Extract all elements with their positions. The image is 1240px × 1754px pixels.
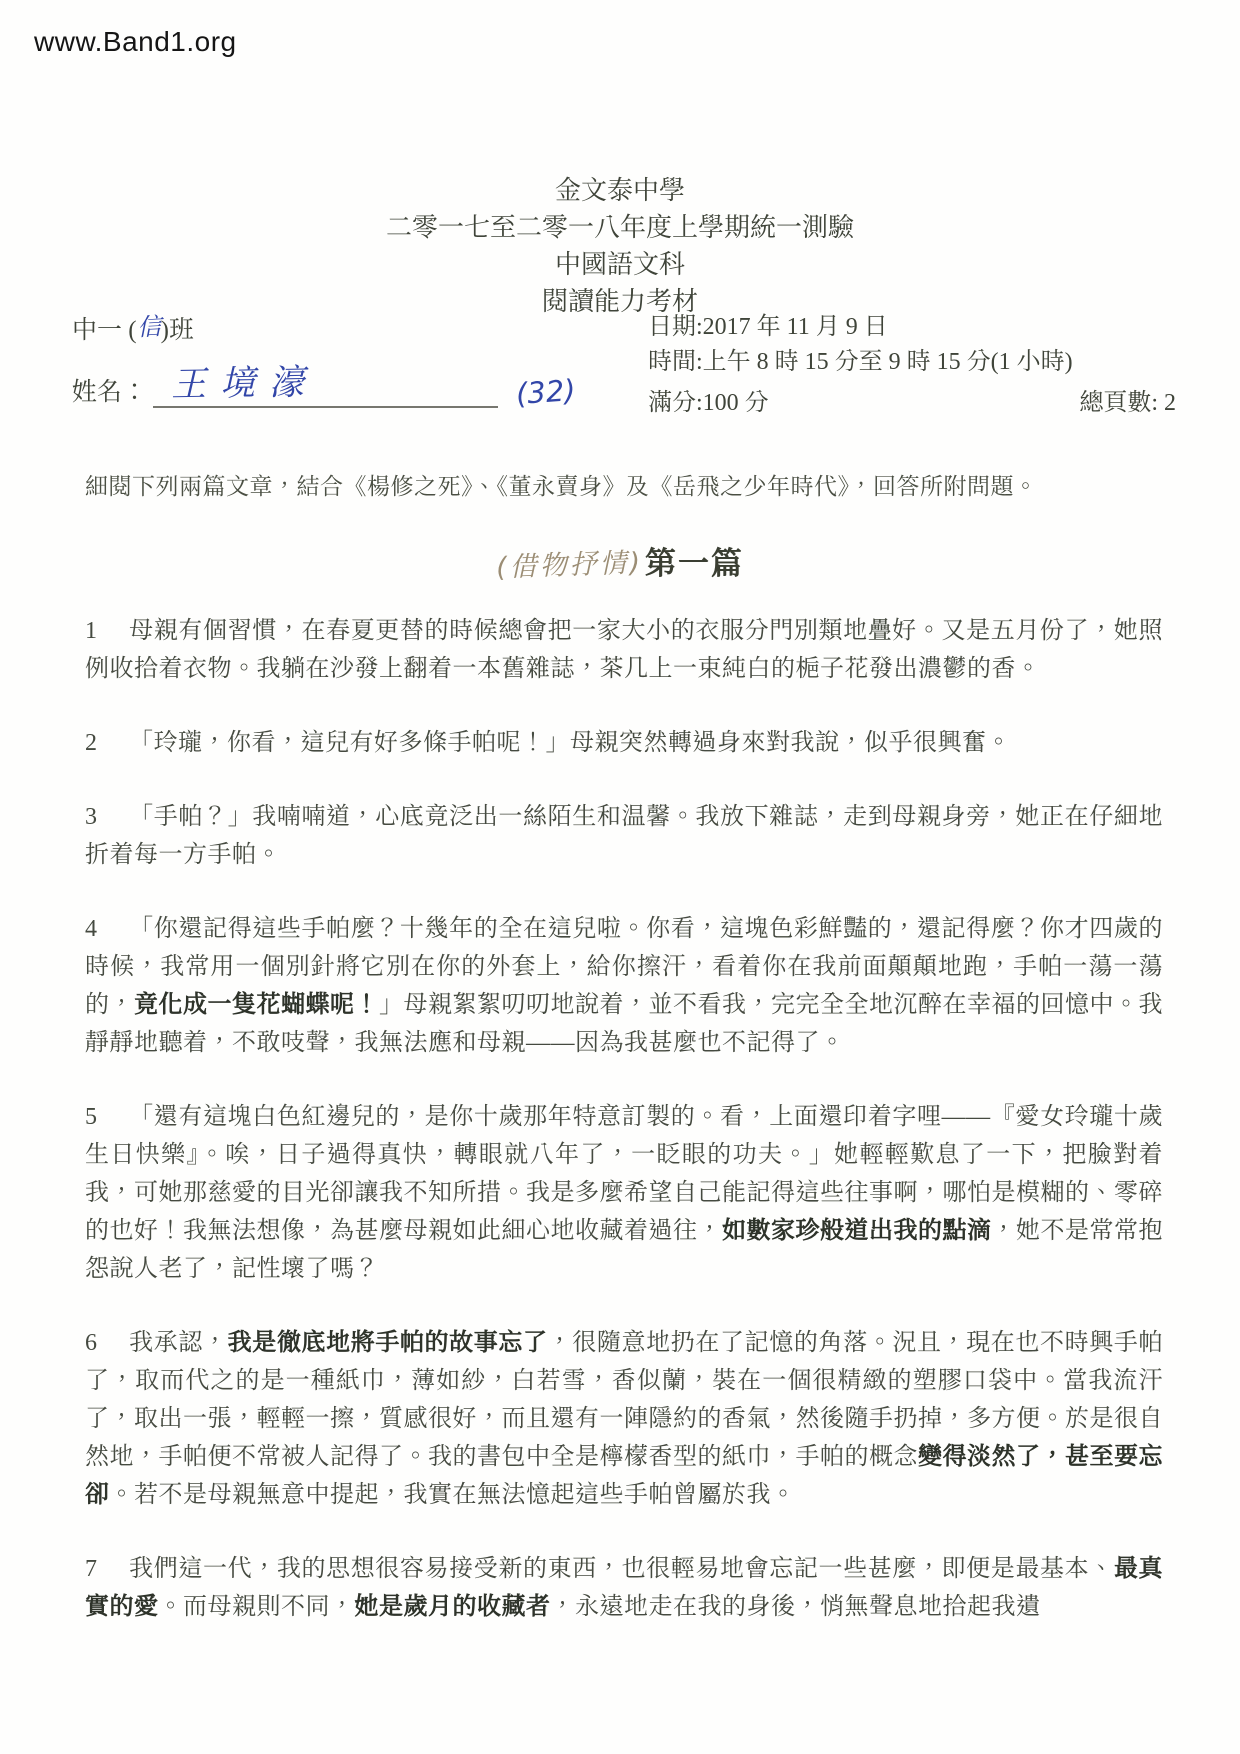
passage-paragraph: 3「手帕？」我喃喃道，心底竟泛出一絲陌生和温馨。我放下雜誌，走到母親身旁，她正在… <box>85 798 1163 874</box>
passage-paragraph: 1母親有個習慣，在春夏更替的時候總會把一家大小的衣服分門別類地疊好。又是五月份了… <box>85 612 1163 688</box>
marks-pages-row: 滿分:100 分 總頁數: 2 <box>648 386 1176 421</box>
paragraph-text: 。若不是母親無意中提起，我實在無法憶起這些手帕曾屬於我。 <box>110 1482 796 1508</box>
class-prefix-label: 中一 ( <box>72 317 137 344</box>
school-name: 金文泰中學 <box>0 172 1240 209</box>
passage: 1母親有個習慣，在春夏更替的時候總會把一家大小的衣服分門別類地疊好。又是五月份了… <box>85 612 1163 1662</box>
paragraph-text: 「玲瓏，你看，這兒有好多條手帕呢！」母親突然轉過身來對我說，似乎很興奮。 <box>129 730 1011 756</box>
section-heading: (借物抒情)第一篇 <box>0 538 1240 583</box>
class-name-handwritten: 信 <box>136 306 162 342</box>
student-name-handwritten: 王境濠 <box>171 355 319 408</box>
passage-paragraph: 5「還有這塊白色紅邊兒的，是你十歲那年特意訂製的。看，上面還印着字哩——『愛女玲… <box>85 1098 1163 1288</box>
passage-paragraph: 6我承認，我是徹底地將手帕的故事忘了，很隨意地扔在了記憶的角落。況且，現在也不時… <box>85 1324 1163 1514</box>
paragraph-text: 我承認， <box>129 1330 228 1356</box>
paragraph-text: 我們這一代，我的思想很容易接受新的東西，也很輕易地會忘記一些甚麼，即便是最基本、 <box>129 1556 1114 1582</box>
exam-title: 二零一七至二零一八年度上學期統一測驗 <box>0 209 1240 246</box>
class-line: 中一 (信)班 <box>72 310 194 346</box>
paragraph-text-bold: 竟化成一隻花蝴蝶呢！ <box>134 992 379 1018</box>
name-row: 姓名：王境濠(32) <box>72 372 576 408</box>
total-pages-line: 總頁數: 2 <box>1079 386 1176 421</box>
time-line: 時間:上午 8 時 15 分至 9 時 15 分(1 小時) <box>648 345 1176 380</box>
paragraph-number: 1 <box>85 612 129 650</box>
subject-title: 中國語文科 <box>0 246 1240 283</box>
exam-paper-page: www.Band1.org 金文泰中學 二零一七至二零一八年度上學期統一測驗 中… <box>0 0 1240 1754</box>
date-line: 日期:2017 年 11 月 9 日 <box>648 310 1176 345</box>
paragraph-text: 「手帕？」我喃喃道，心底竟泛出一絲陌生和温馨。我放下雜誌，走到母親身旁，她正在仔… <box>85 804 1163 868</box>
paragraph-number: 2 <box>85 724 129 762</box>
name-underline: 王境濠 <box>153 372 498 408</box>
handwritten-annotation: (借物抒情) <box>495 540 643 584</box>
paragraph-text-bold: 如數家珍般道出我的點滴 <box>722 1218 992 1244</box>
paragraph-number: 5 <box>85 1098 129 1136</box>
full-marks-line: 滿分:100 分 <box>648 386 769 421</box>
section-title: 第一篇 <box>645 546 744 581</box>
paragraph-number: 7 <box>85 1550 129 1588</box>
passage-paragraph: 4「你還記得這些手帕麼？十幾年的全在這兒啦。你看，這塊色彩鮮豔的，還記得麼？你才… <box>85 910 1163 1062</box>
paragraph-text: 母親有個習慣，在春夏更替的時候總會把一家大小的衣服分門別類地疊好。又是五月份了，… <box>85 618 1163 682</box>
watermark: www.Band1.org <box>34 26 237 58</box>
title-block: 金文泰中學 二零一七至二零一八年度上學期統一測驗 中國語文科 閱讀能力考材 <box>0 172 1240 320</box>
instruction-text: 細閱下列兩篇文章，結合《楊修之死》、《董永賣身》及《岳飛之少年時代》，回答所附問… <box>85 468 1175 501</box>
passage-paragraph: 2「玲瓏，你看，這兒有好多條手帕呢！」母親突然轉過身來對我說，似乎很興奮。 <box>85 724 1163 762</box>
paragraph-number: 3 <box>85 798 129 836</box>
name-label: 姓名： <box>72 379 147 406</box>
paragraph-text: ，永遠地走在我的身後，悄無聲息地拾起我遺 <box>551 1594 1041 1620</box>
paragraph-text-bold: 我是徹底地將手帕的故事忘了 <box>228 1330 548 1356</box>
class-number-handwritten: (32) <box>515 373 577 411</box>
exam-info-block: 日期:2017 年 11 月 9 日 時間:上午 8 時 15 分至 9 時 1… <box>648 310 1176 421</box>
passage-paragraph: 7我們這一代，我的思想很容易接受新的東西，也很輕易地會忘記一些甚麼，即便是最基本… <box>85 1550 1163 1626</box>
paragraph-text-bold: 她是歲月的收藏者 <box>355 1594 551 1620</box>
paragraph-text: 。而母親則不同， <box>159 1594 355 1620</box>
class-suffix-label: )班 <box>161 317 194 344</box>
paragraph-number: 4 <box>85 910 129 948</box>
paragraph-number: 6 <box>85 1324 129 1362</box>
